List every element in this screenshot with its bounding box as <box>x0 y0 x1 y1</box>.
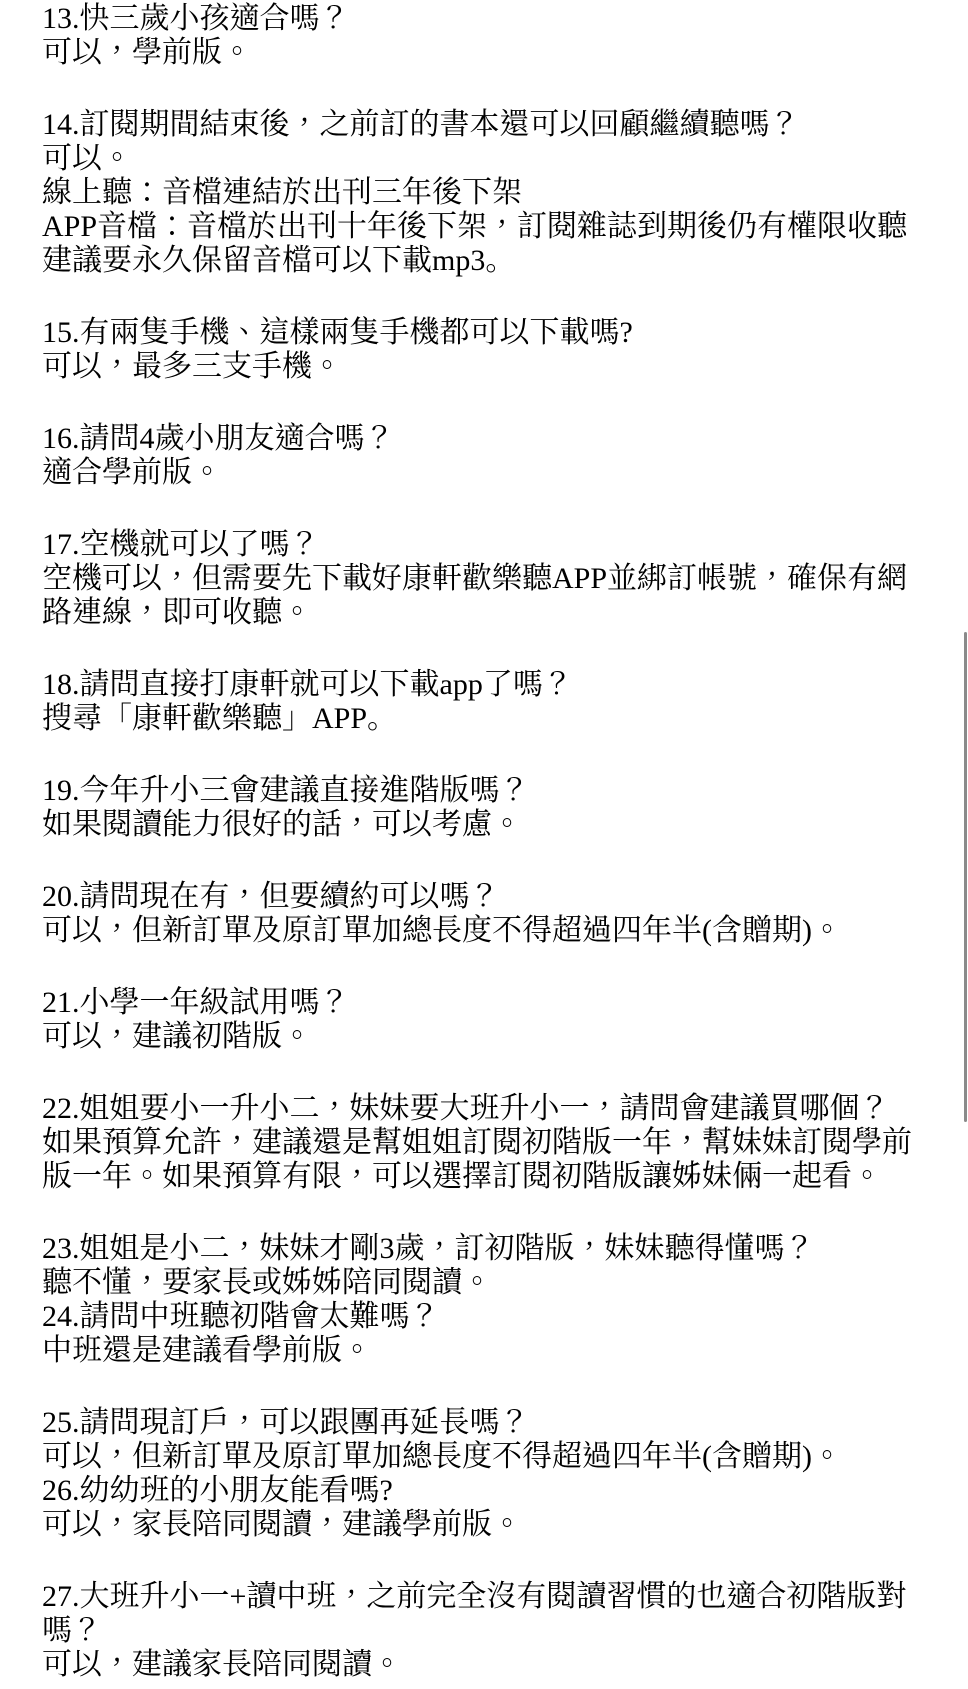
faq-line: 可以，但新訂單及原訂單加總長度不得超過四年半(含贈期)。 <box>42 1440 934 1474</box>
faq-line: 13.快三歲小孩適合嗎？ <box>42 2 934 36</box>
faq-line: 可以，但新訂單及原訂單加總長度不得超過四年半(含贈期)。 <box>42 914 934 948</box>
faq-line: 26.幼幼班的小朋友能看嗎? <box>42 1474 934 1508</box>
faq-line: 24.請問中班聽初階會太難嗎？ <box>42 1300 934 1334</box>
faq-line: 搜尋「康軒歡樂聽」APP。 <box>42 702 934 736</box>
faq-item: 16.請問4歲小朋友適合嗎？適合學前版。 <box>42 422 934 490</box>
faq-item: 25.請問現訂戶，可以跟團再延長嗎？可以，但新訂單及原訂單加總長度不得超過四年半… <box>42 1406 934 1542</box>
faq-item: 19.今年升小三會建議直接進階版嗎？如果閱讀能力很好的話，可以考慮。 <box>42 774 934 842</box>
faq-line: 16.請問4歲小朋友適合嗎？ <box>42 422 934 456</box>
faq-line: 中班還是建議看學前版。 <box>42 1334 934 1368</box>
faq-item: 23.姐姐是小二，妹妹才剛3歲，訂初階版，妹妹聽得懂嗎？聽不懂，要家長或姊姊陪同… <box>42 1232 934 1368</box>
faq-line: 可以，家長陪同閱讀，建議學前版。 <box>42 1508 934 1542</box>
faq-item: 13.快三歲小孩適合嗎？可以，學前版。 <box>42 2 934 70</box>
faq-item: 21.小學一年級試用嗎？可以，建議初階版。 <box>42 986 934 1054</box>
faq-line: 建議要永久保留音檔可以下載mp3。 <box>42 244 934 278</box>
faq-item: 15.有兩隻手機、這樣兩隻手機都可以下載嗎?可以，最多三支手機。 <box>42 316 934 384</box>
faq-line: 23.姐姐是小二，妹妹才剛3歲，訂初階版，妹妹聽得懂嗎？ <box>42 1232 934 1266</box>
faq-line: 可以。 <box>42 142 934 176</box>
faq-line: 空機可以，但需要先下載好康軒歡樂聽APP並綁訂帳號，確保有網 <box>42 562 934 596</box>
faq-line: APP音檔：音檔於出刊十年後下架，訂閱雜誌到期後仍有權限收聽 <box>42 210 934 244</box>
faq-line: 27.大班升小一+讀中班，之前完全沒有閱讀習慣的也適合初階版對 <box>42 1580 934 1614</box>
faq-line: 路連線，即可收聽。 <box>42 596 934 630</box>
faq-item: 17.空機就可以了嗎？空機可以，但需要先下載好康軒歡樂聽APP並綁訂帳號，確保有… <box>42 528 934 630</box>
faq-line: 如果預算允許，建議還是幫姐姐訂閱初階版一年，幫妹妹訂閱學前 <box>42 1126 934 1160</box>
faq-line: 18.請問直接打康軒就可以下載app了嗎？ <box>42 668 934 702</box>
faq-item: 27.大班升小一+讀中班，之前完全沒有閱讀習慣的也適合初階版對嗎？可以，建議家長… <box>42 1580 934 1682</box>
faq-line: 聽不懂，要家長或姊姊陪同閱讀。 <box>42 1266 934 1300</box>
faq-line: 版一年。如果預算有限，可以選擇訂閱初階版讓姊妹倆一起看。 <box>42 1160 934 1194</box>
faq-item: 14.訂閱期間結束後，之前訂的書本還可以回顧繼續聽嗎？可以。線上聽：音檔連結於出… <box>42 108 934 278</box>
faq-document-page: 13.快三歲小孩適合嗎？可以，學前版。14.訂閱期間結束後，之前訂的書本還可以回… <box>0 0 968 1689</box>
faq-line: 可以，最多三支手機。 <box>42 350 934 384</box>
faq-line: 15.有兩隻手機、這樣兩隻手機都可以下載嗎? <box>42 316 934 350</box>
faq-line: 可以，建議初階版。 <box>42 1020 934 1054</box>
faq-line: 線上聽：音檔連結於出刊三年後下架 <box>42 176 934 210</box>
faq-list: 13.快三歲小孩適合嗎？可以，學前版。14.訂閱期間結束後，之前訂的書本還可以回… <box>0 0 968 1682</box>
faq-line: 25.請問現訂戶，可以跟團再延長嗎？ <box>42 1406 934 1440</box>
faq-item: 22.姐姐要小一升小二，妹妹要大班升小一，請問會建議買哪個？如果預算允許，建議還… <box>42 1092 934 1194</box>
faq-item: 18.請問直接打康軒就可以下載app了嗎？搜尋「康軒歡樂聽」APP。 <box>42 668 934 736</box>
faq-line: 如果閱讀能力很好的話，可以考慮。 <box>42 808 934 842</box>
faq-line: 22.姐姐要小一升小二，妹妹要大班升小一，請問會建議買哪個？ <box>42 1092 934 1126</box>
faq-line: 可以，建議家長陪同閱讀。 <box>42 1648 934 1682</box>
faq-line: 可以，學前版。 <box>42 36 934 70</box>
scrollbar-thumb[interactable] <box>964 632 967 1122</box>
faq-line: 19.今年升小三會建議直接進階版嗎？ <box>42 774 934 808</box>
faq-item: 20.請問現在有，但要續約可以嗎？可以，但新訂單及原訂單加總長度不得超過四年半(… <box>42 880 934 948</box>
faq-line: 嗎？ <box>42 1614 934 1648</box>
faq-line: 20.請問現在有，但要續約可以嗎？ <box>42 880 934 914</box>
faq-line: 21.小學一年級試用嗎？ <box>42 986 934 1020</box>
faq-line: 17.空機就可以了嗎？ <box>42 528 934 562</box>
faq-line: 14.訂閱期間結束後，之前訂的書本還可以回顧繼續聽嗎？ <box>42 108 934 142</box>
faq-line: 適合學前版。 <box>42 456 934 490</box>
